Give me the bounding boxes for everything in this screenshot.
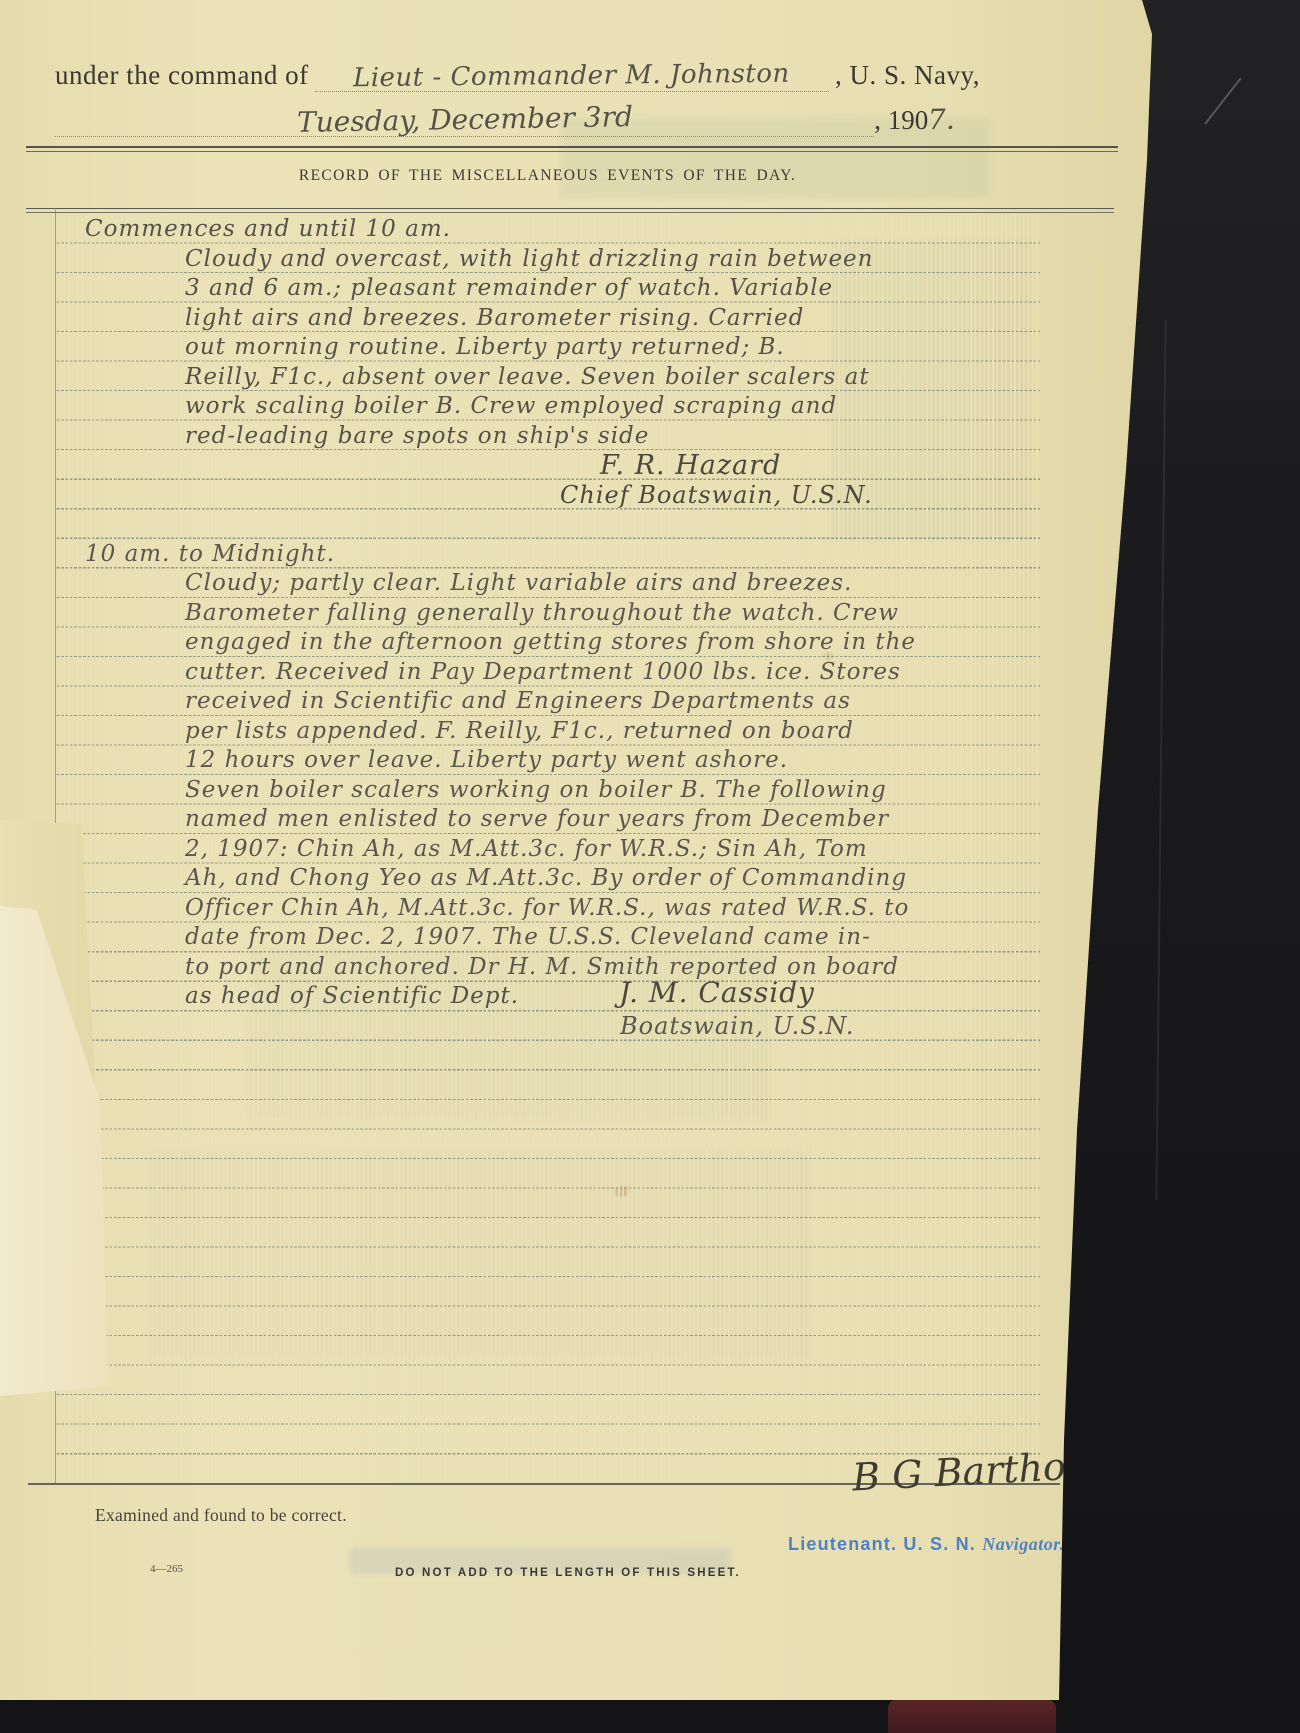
- entry-line: 3 and 6 am.; pleasant remainder of watch…: [55, 273, 1040, 303]
- navy-label: , U. S. Navy,: [835, 60, 980, 91]
- header-divider: [26, 146, 1118, 152]
- command-prefix-label: under the command of: [55, 60, 309, 91]
- caption-divider: [26, 208, 1114, 213]
- entry-line: Barometer falling generally throughout t…: [55, 598, 1040, 628]
- book-cover-edge: [888, 1700, 1056, 1733]
- entry-closing-text: as head of Scientific Dept.: [185, 981, 519, 1011]
- commander-name-field: Lieut - Commander M. Johnston: [315, 60, 829, 92]
- entry-line: light airs and breezes. Barometer rising…: [55, 303, 1040, 333]
- stamp-rank-label: Lieutenant. U. S. N.: [788, 1534, 976, 1554]
- entry-line: out morning routine. Liberty party retur…: [55, 332, 1040, 362]
- entry-line: to port and anchored. Dr H. M. Smith rep…: [55, 952, 1040, 982]
- entry-heading: Commences and until 10 am.: [55, 214, 1040, 244]
- entry-line: red-leading bare spots on ship's side: [55, 421, 1040, 451]
- entry-line: Cloudy and overcast, with light drizzlin…: [55, 244, 1040, 274]
- scratch-mark: [1204, 78, 1241, 125]
- header-line-date: Tuesday, December 3rd , 190 7.: [55, 103, 955, 137]
- commander-name-handwritten: Lieut - Commander M. Johnston: [353, 59, 790, 94]
- page-edge-glint: [1155, 320, 1166, 1200]
- log-entry-morning: Commences and until 10 am. Cloudy and ov…: [55, 214, 1040, 509]
- entry-heading: 10 am. to Midnight.: [55, 539, 1040, 569]
- stamp-role-label: Navigator.: [982, 1534, 1065, 1554]
- entry-line: 2, 1907: Chin Ah, as M.Att.3c. for W.R.S…: [55, 834, 1040, 864]
- log-entry-afternoon: 10 am. to Midnight. Cloudy; partly clear…: [55, 539, 1040, 1041]
- entry-signature: F. R. Hazard: [55, 450, 1040, 480]
- date-field: Tuesday, December 3rd: [55, 103, 874, 137]
- entry-line: cutter. Received in Pay Department 1000 …: [55, 657, 1040, 687]
- entry-line: work scaling boiler B. Crew employed scr…: [55, 391, 1040, 421]
- entry-line: named men enlisted to serve four years f…: [55, 804, 1040, 834]
- year-digit-handwritten: 7.: [928, 103, 955, 136]
- navigator-stamp: Lieutenant. U. S. N. Navigator.: [788, 1534, 1065, 1555]
- header-line-command: under the command of Lieut - Commander M…: [55, 60, 980, 92]
- entry-line: Cloudy; partly clear. Light variable air…: [55, 568, 1040, 598]
- blank-line: [55, 509, 1040, 539]
- entry-line: received in Scientific and Engineers Dep…: [55, 686, 1040, 716]
- entry-signature: J. M. Cassidy: [619, 977, 815, 1007]
- date-handwritten: Tuesday, December 3rd: [296, 100, 632, 139]
- entry-signature-title: Boatswain, U.S.N.: [55, 1011, 1040, 1041]
- events-caption: RECORD OF THE MISCELLANEOUS EVENTS OF TH…: [55, 167, 1040, 185]
- length-warning-label: DO NOT ADD TO THE LENGTH OF THIS SHEET.: [395, 1567, 741, 1579]
- entry-closing-line: as head of Scientific Dept. J. M. Cassid…: [55, 981, 1040, 1011]
- form-number: 4—265: [150, 1563, 183, 1575]
- entry-line: 12 hours over leave. Liberty party went …: [55, 745, 1040, 775]
- year-printed-label: , 190: [874, 105, 928, 136]
- examined-label: Examined and found to be correct.: [95, 1505, 347, 1526]
- entry-line: Ah, and Chong Yeo as M.Att.3c. By order …: [55, 863, 1040, 893]
- entry-line: engaged in the afternoon getting stores …: [55, 627, 1040, 657]
- entry-line: Reilly, F1c., absent over leave. Seven b…: [55, 362, 1040, 392]
- ruled-writing-area: Commences and until 10 am. Cloudy and ov…: [55, 214, 1040, 1482]
- entry-line: per lists appended. F. Reilly, F1c., ret…: [55, 716, 1040, 746]
- logbook-page: under the command of Lieut - Commander M…: [0, 0, 1160, 1700]
- entry-signature-title: Chief Boatswain, U.S.N.: [55, 480, 1040, 510]
- entry-line: Officer Chin Ah, M.Att.3c. for W.R.S., w…: [55, 893, 1040, 923]
- entry-line: Seven boiler scalers working on boiler B…: [55, 775, 1040, 805]
- entry-line: date from Dec. 2, 1907. The U.S.S. Cleve…: [55, 922, 1040, 952]
